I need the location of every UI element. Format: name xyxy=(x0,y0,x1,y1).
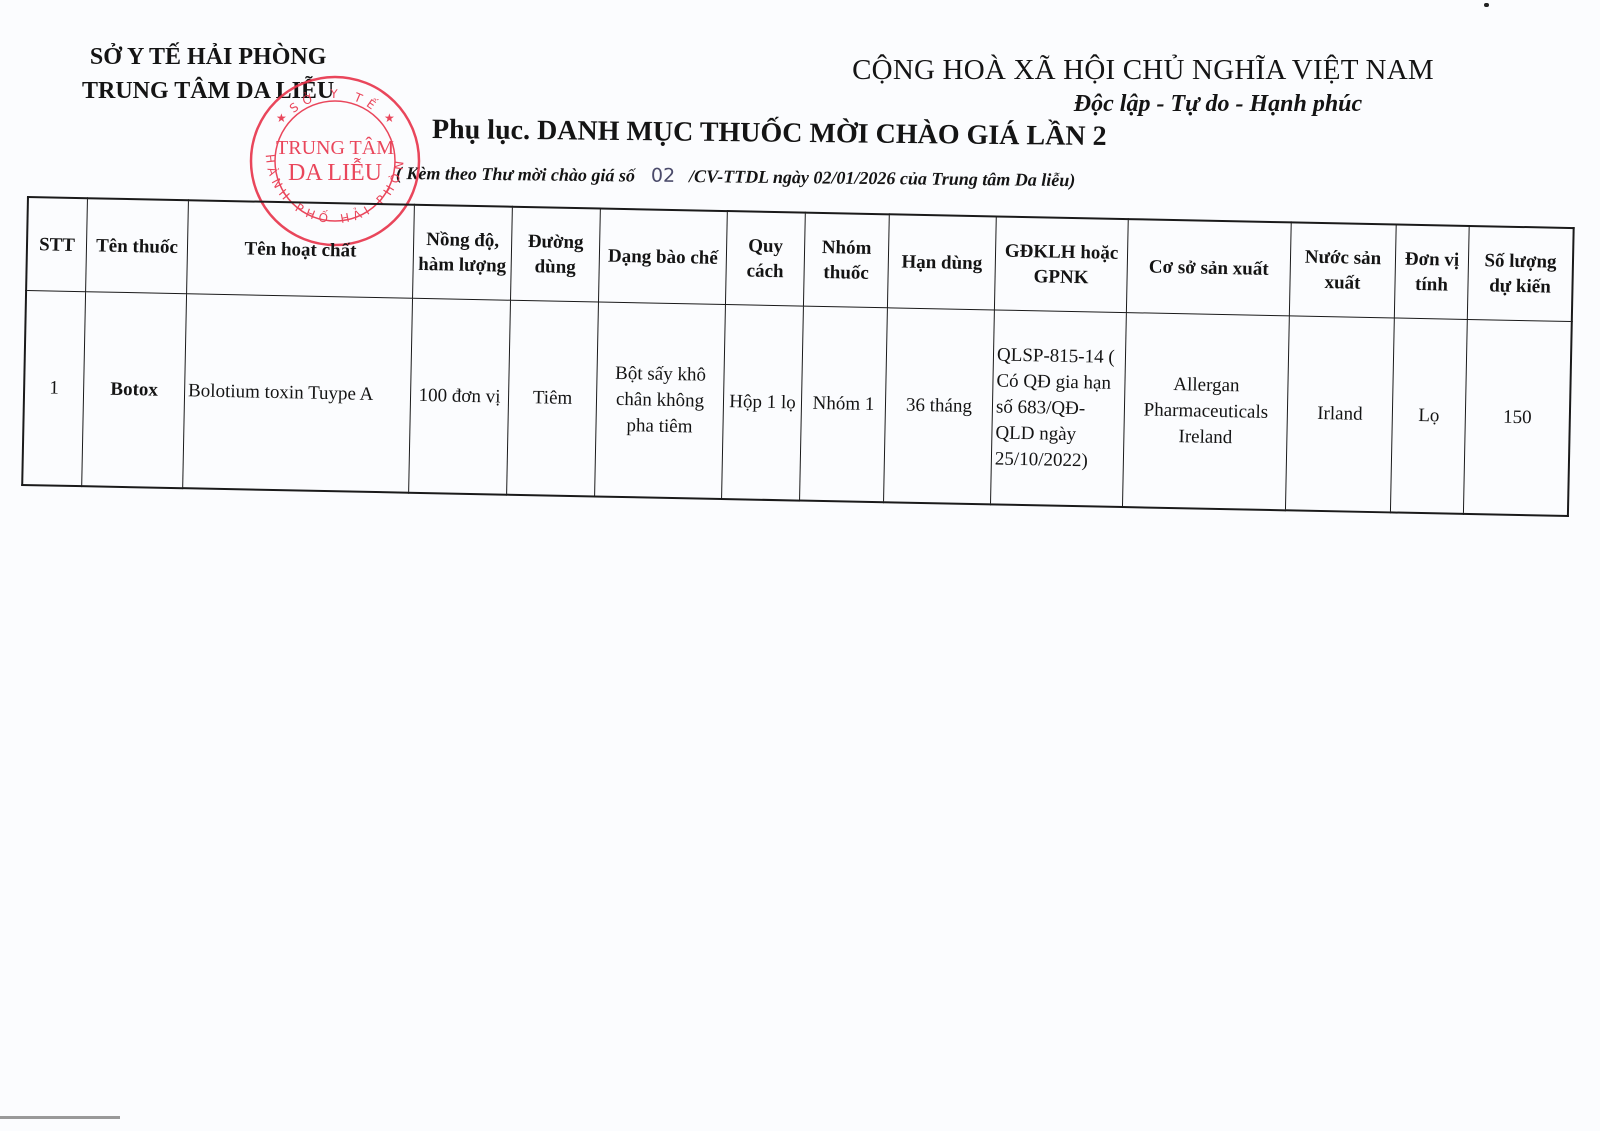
subtitle-prefix: ( Kèm theo Thư mời chào giá số xyxy=(396,163,635,186)
svg-text:★: ★ xyxy=(384,111,395,125)
col-quantity: Số lượng dự kiến xyxy=(1467,226,1573,322)
col-active-ingredient: Tên hoạt chất xyxy=(187,200,415,298)
svg-text:★: ★ xyxy=(276,111,287,125)
drug-list-table: STT Tên thuốc Tên hoạt chất Nồng độ, hàm… xyxy=(21,196,1575,517)
document-subtitle: ( Kèm theo Thư mời chào giá số02/CV-TTDL… xyxy=(396,162,1076,191)
national-motto: Độc lập - Tự do - Hạnh phúc xyxy=(838,91,1448,118)
col-concentration: Nồng độ, hàm lượng xyxy=(413,205,513,300)
subtitle-suffix: /CV-TTDL ngày 02/01/2026 của Trung tâm D… xyxy=(689,166,1075,190)
cell-active-ingredient: Bolotium toxin Tuype A xyxy=(183,294,413,493)
nation-name: CỘNG HOÀ XÃ HỘI CHỦ NGHĨA VIỆT NAM xyxy=(838,54,1448,87)
cell-quantity: 150 xyxy=(1463,319,1571,516)
cell-manufacturer: Allergan Pharmaceuticals Ireland xyxy=(1122,313,1289,511)
col-route: Đường dùng xyxy=(511,207,601,302)
cell-packaging: Hộp 1 lọ xyxy=(722,305,804,501)
drug-list-table-container: STT Tên thuốc Tên hoạt chất Nồng độ, hàm… xyxy=(21,196,1575,517)
cell-concentration: 100 đơn vị xyxy=(409,298,511,494)
document-title: Phụ lục. DANH MỤC THUỐC MỜI CHÀO GIÁ LẦN… xyxy=(432,114,1107,153)
col-unit: Đơn vị tính xyxy=(1394,224,1469,319)
handwritten-number: 02 xyxy=(651,165,675,187)
cell-drug-group: Nhóm 1 xyxy=(800,306,888,502)
cell-country: Irland xyxy=(1285,316,1394,513)
col-stt: STT xyxy=(26,197,87,292)
issuing-authority: SỞ Y TẾ HẢI PHÒNG TRUNG TÂM DA LIỄU xyxy=(82,40,334,108)
col-country: Nước sản xuất xyxy=(1289,222,1396,318)
col-dosage-form: Dạng bào chế xyxy=(598,209,727,305)
cell-registration: QLSP-815-14 ( Có QĐ gia hạn số 683/QĐ-QL… xyxy=(991,310,1127,507)
cell-stt: 1 xyxy=(22,291,85,487)
col-drug-group: Nhóm thuốc xyxy=(803,213,889,308)
col-packaging: Quy cách xyxy=(725,211,805,306)
cell-drug-name: Botox xyxy=(82,292,187,488)
col-drug-name: Tên thuốc xyxy=(86,198,189,294)
department-name: SỞ Y TẾ HẢI PHÒNG xyxy=(82,40,334,74)
cell-shelf-life: 36 tháng xyxy=(884,308,995,505)
center-name: TRUNG TÂM DA LIỄU xyxy=(82,74,334,108)
col-manufacturer: Cơ sở sản xuất xyxy=(1126,219,1291,316)
cell-dosage-form: Bột sấy khô chân không pha tiêm xyxy=(595,302,726,499)
national-header: CỘNG HOÀ XÃ HỘI CHỦ NGHĨA VIỆT NAM Độc l… xyxy=(838,54,1448,118)
col-registration: GĐKLH hoặc GPNK xyxy=(994,216,1128,312)
cell-route: Tiêm xyxy=(507,300,599,496)
col-shelf-life: Hạn dùng xyxy=(887,214,996,310)
scan-speck xyxy=(1484,3,1489,7)
scan-edge xyxy=(0,1116,120,1119)
stamp-line-1: TRUNG TÂM xyxy=(276,136,394,159)
table-row: 1 Botox Bolotium toxin Tuype A 100 đơn v… xyxy=(22,291,1572,516)
stamp-line-2: DA LIỄU xyxy=(288,159,382,186)
cell-unit: Lọ xyxy=(1390,318,1467,514)
